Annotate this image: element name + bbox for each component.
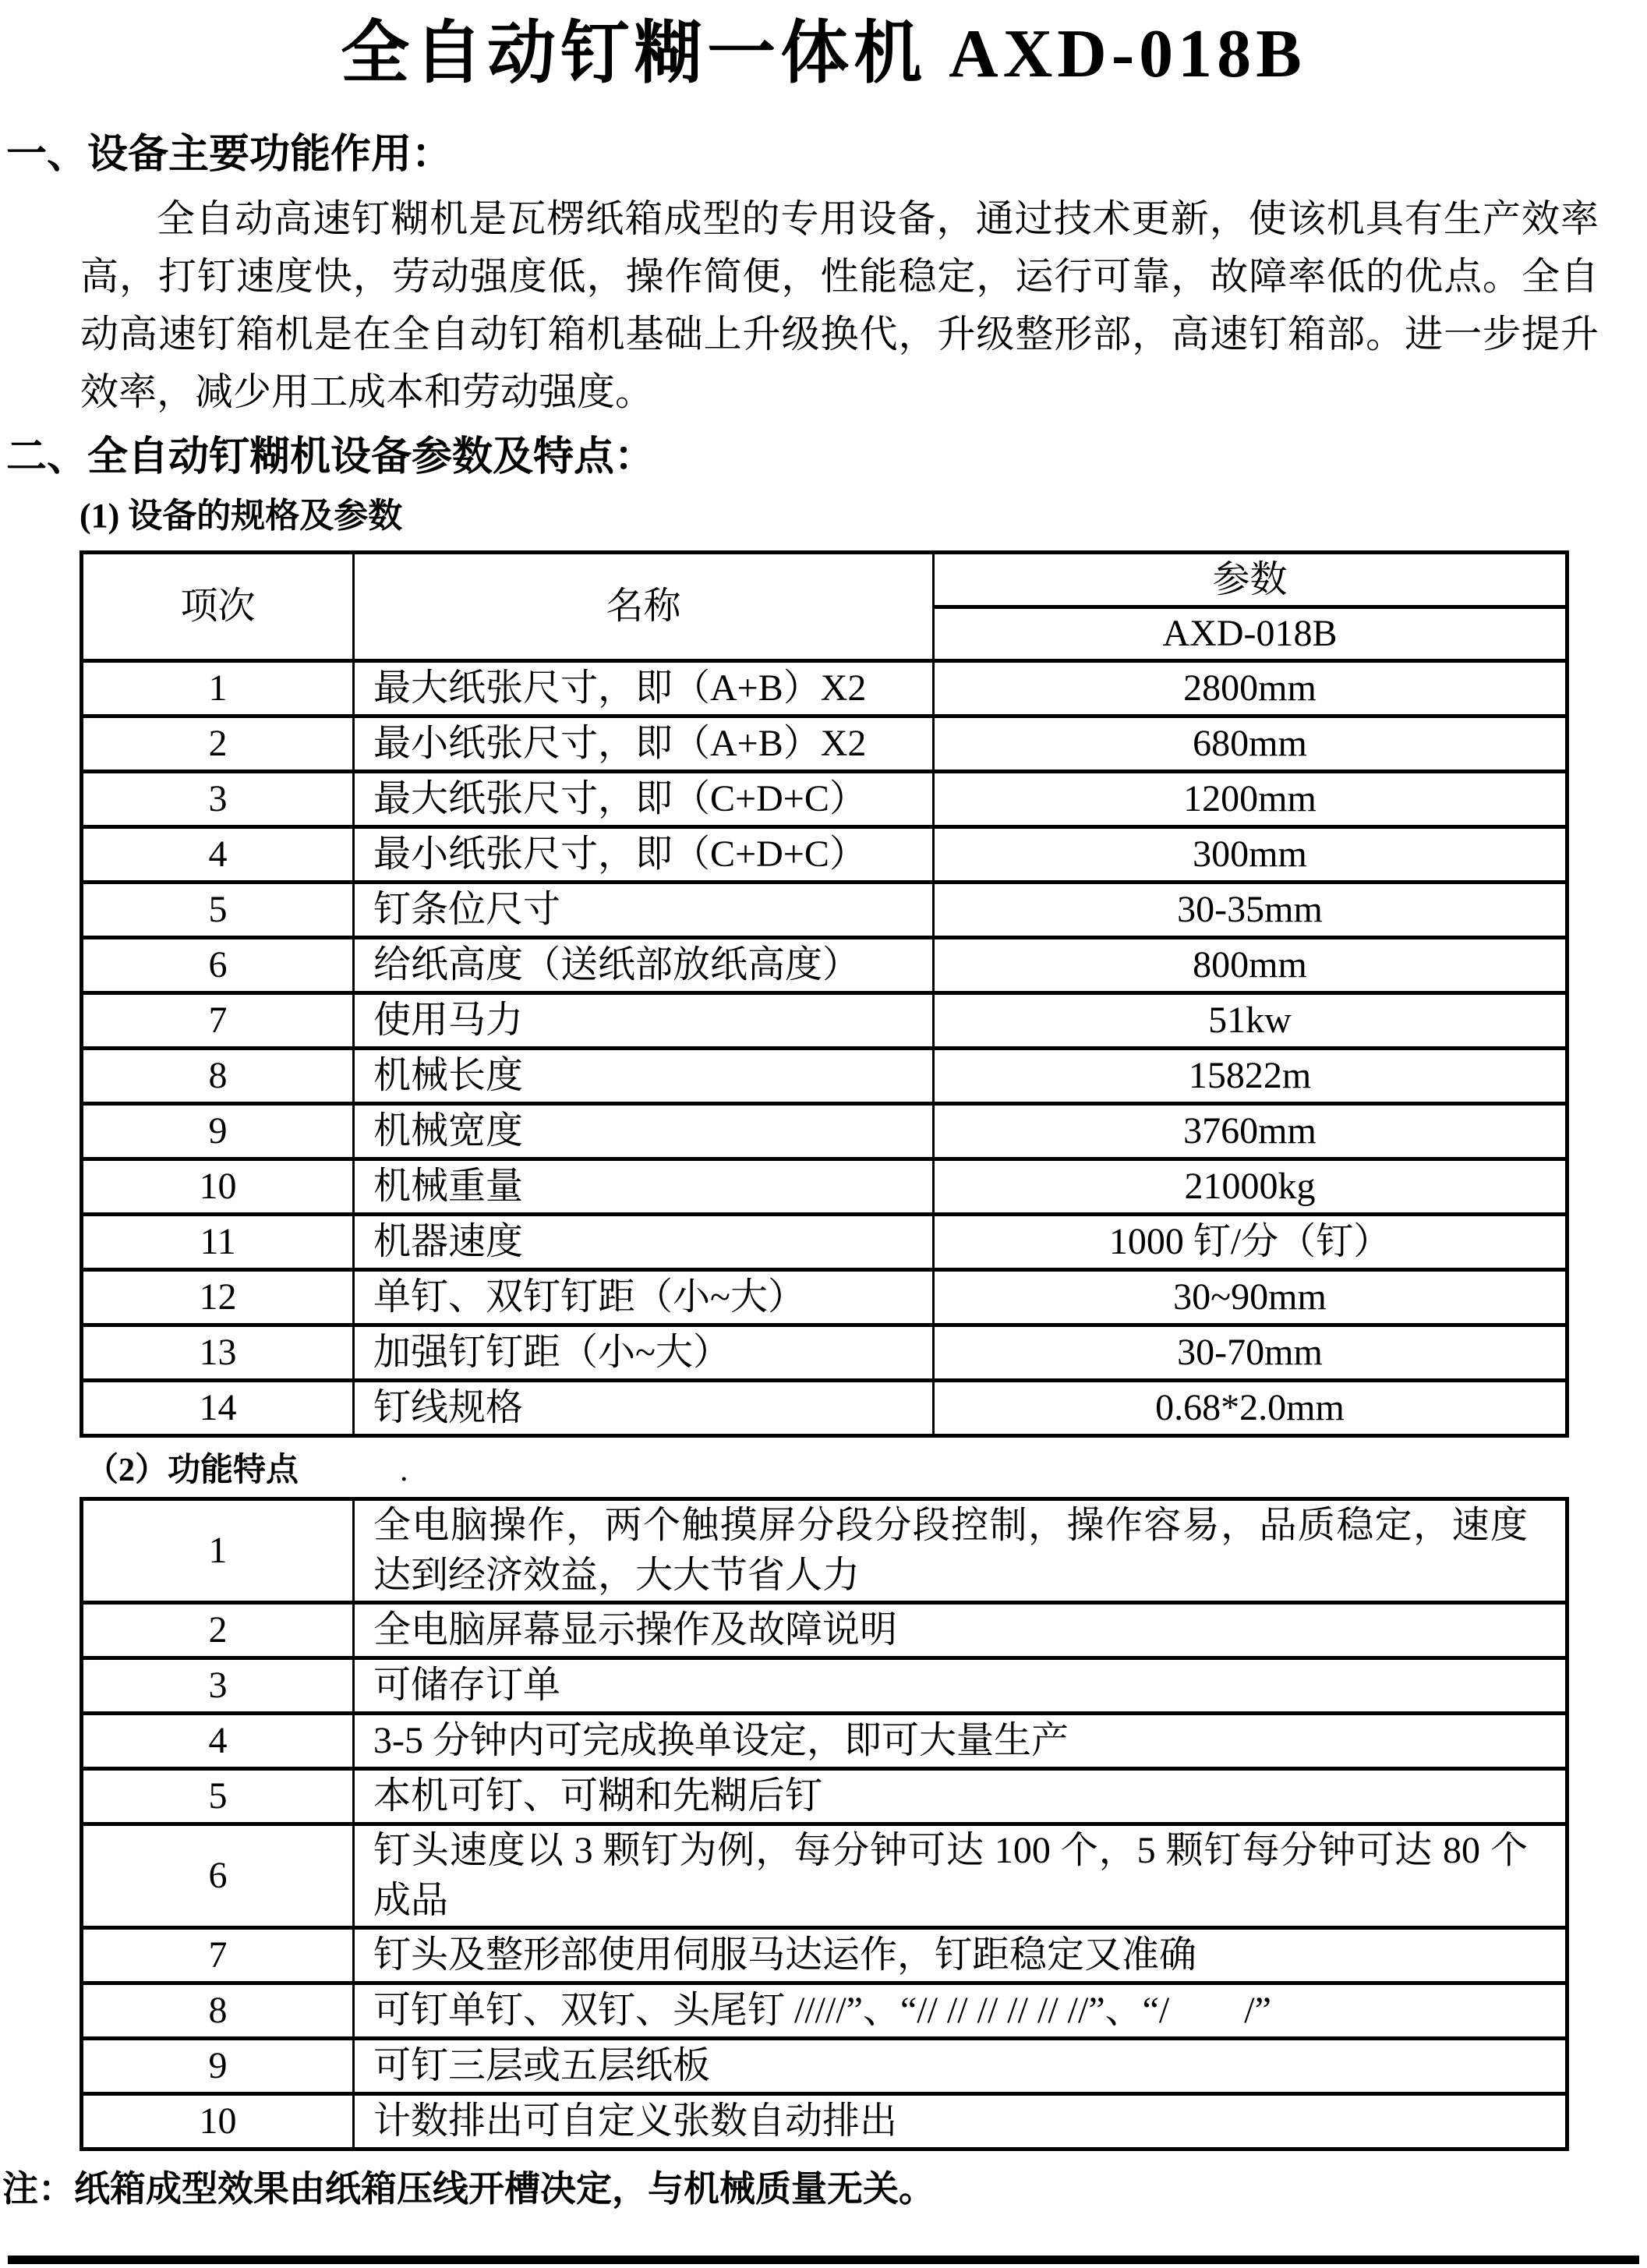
section2-heading: 二、全自动钉糊机设备参数及特点： [6,433,1647,482]
feature-text-cell: 钉头速度以 3 颗钉为例，每分钟可达 100 个，5 颗钉每分钟可达 80 个成… [354,1824,1567,1928]
spec-row: 5 钉条位尺寸 30-35mm [82,883,1567,938]
feature-text-cell: 可储存订单 [354,1658,1567,1714]
spec-table: 项次 名称 参数 AXD-018B 1 最大纸张尺寸，即（A+B）X2 2800… [80,550,1569,1438]
spec-row: 12 单钉、双钉钉距（小~大） 30~90mm [82,1270,1567,1325]
spec-value-cell: 15822m [934,1049,1567,1104]
footer-divider [8,2256,1639,2264]
feature-row: 1 全电脑操作，两个触摸屏分段分段控制，操作容易，品质稳定，速度达到经济效益，大… [82,1499,1567,1603]
feature-no-cell: 7 [82,1928,354,1983]
spec-row: 7 使用马力 51kw [82,993,1567,1049]
spec-no-cell: 7 [82,993,354,1049]
spec-no-cell: 14 [82,1381,354,1436]
feature-text-cell: 钉头及整形部使用伺服马达运作，钉距稳定又准确 [354,1928,1567,1983]
spec-name-cell: 单钉、双钉钉距（小~大） [354,1270,934,1325]
spec-value-cell: 30-70mm [934,1325,1567,1381]
spec-row: 4 最小纸张尺寸，即（C+D+C） 300mm [82,827,1567,883]
spec-model-cell: AXD-018B [934,607,1567,661]
spec-header-no: 项次 [82,553,354,661]
spec-no-cell: 4 [82,827,354,883]
spec-no-cell: 5 [82,883,354,938]
spec-row: 2 最小纸张尺寸，即（A+B）X2 680mm [82,716,1567,772]
spec-name-cell: 机械长度 [354,1049,934,1104]
spec-row: 14 钉线规格 0.68*2.0mm [82,1381,1567,1436]
feature-no-cell: 5 [82,1769,354,1824]
spec-no-cell: 12 [82,1270,354,1325]
spec-no-cell: 9 [82,1104,354,1159]
feature-no-cell: 6 [82,1824,354,1928]
spec-row: 3 最大纸张尺寸，即（C+D+C） 1200mm [82,772,1567,827]
spec-no-cell: 3 [82,772,354,827]
feature-no-cell: 8 [82,1983,354,2039]
feature-row: 8 可钉单钉、双钉、头尾钉 /////”、“// // // // // //”… [82,1983,1567,2039]
feature-text-cell: 全电脑操作，两个触摸屏分段分段控制，操作容易，品质稳定，速度达到经济效益，大大节… [354,1499,1567,1603]
spec-name-cell: 最大纸张尺寸，即（C+D+C） [354,772,934,827]
spec-value-cell: 3760mm [934,1104,1567,1159]
spec-value-cell: 680mm [934,716,1567,772]
spec-value-cell: 30-35mm [934,883,1567,938]
feature-text-cell: 可钉单钉、双钉、头尾钉 /////”、“// // // // // //”、“… [354,1983,1567,2039]
spec-row: 8 机械长度 15822m [82,1049,1567,1104]
section1-heading: 一、设备主要功能作用： [6,131,1647,179]
spec-name-cell: 机械宽度 [354,1104,934,1159]
spec-value-cell: 51kw [934,993,1567,1049]
feature-no-cell: 9 [82,2039,354,2094]
spec-no-cell: 10 [82,1159,354,1215]
spec-no-cell: 13 [82,1325,354,1381]
feature-text-cell: 可钉三层或五层纸板 [354,2039,1567,2094]
feature-text-cell: 本机可钉、可糊和先糊后钉 [354,1769,1567,1824]
spec-value-cell: 30~90mm [934,1270,1567,1325]
features-subheading-dot: . [400,1450,408,1491]
spec-value-cell: 300mm [934,827,1567,883]
spec-row: 10 机械重量 21000kg [82,1159,1567,1215]
spec-name-cell: 给纸高度（送纸部放纸高度） [354,938,934,993]
footnote: 注：纸箱成型效果由纸箱压线开槽决定，与机械质量无关。 [2,2168,1616,2210]
feature-text-cell: 3-5 分钟内可完成换单设定，即可大量生产 [354,1714,1567,1769]
spec-name-cell: 机器速度 [354,1215,934,1270]
features-subheading-text: （2）功能特点 [86,1452,299,1488]
feature-no-cell: 10 [82,2094,354,2149]
spec-header-value: 参数 [934,553,1567,607]
spec-value-cell: 0.68*2.0mm [934,1381,1567,1436]
features-subheading: （2）功能特点. [86,1450,1647,1491]
spec-header-name: 名称 [354,553,934,661]
spec-name-cell: 最小纸张尺寸，即（C+D+C） [354,827,934,883]
spec-no-cell: 1 [82,661,354,716]
spec-row: 11 机器速度 1000 钉/分（钉） [82,1215,1567,1270]
spec-name-cell: 钉条位尺寸 [354,883,934,938]
spec-row: 9 机械宽度 3760mm [82,1104,1567,1159]
spec-subheading: (1) 设备的规格及参数 [80,496,1647,536]
spec-name-cell: 机械重量 [354,1159,934,1215]
feature-row: 2 全电脑屏幕显示操作及故障说明 [82,1603,1567,1658]
feature-row: 6 钉头速度以 3 颗钉为例，每分钟可达 100 个，5 颗钉每分钟可达 80 … [82,1824,1567,1928]
spec-no-cell: 11 [82,1215,354,1270]
spec-row: 6 给纸高度（送纸部放纸高度） 800mm [82,938,1567,993]
feature-row: 5 本机可钉、可糊和先糊后钉 [82,1769,1567,1824]
document-page: 全自动钉糊一体机 AXD-018B 一、设备主要功能作用： 全自动高速钉糊机是瓦… [0,0,1647,2268]
feature-no-cell: 1 [82,1499,354,1603]
feature-no-cell: 2 [82,1603,354,1658]
spec-value-cell: 1200mm [934,772,1567,827]
feature-text-cell: 全电脑屏幕显示操作及故障说明 [354,1603,1567,1658]
spec-no-cell: 8 [82,1049,354,1104]
feature-no-cell: 4 [82,1714,354,1769]
spec-value-cell: 21000kg [934,1159,1567,1215]
feature-text-cell: 计数排出可自定义张数自动排出 [354,2094,1567,2149]
spec-name-cell: 最小纸张尺寸，即（A+B）X2 [354,716,934,772]
section1-paragraph: 全自动高速钉糊机是瓦楞纸箱成型的专用设备，通过技术更新，使该机具有生产效率高，打… [80,190,1599,421]
spec-name-cell: 使用马力 [354,993,934,1049]
spec-no-cell: 6 [82,938,354,993]
feature-row: 9 可钉三层或五层纸板 [82,2039,1567,2094]
spec-no-cell: 2 [82,716,354,772]
spec-name-cell: 最大纸张尺寸，即（A+B）X2 [354,661,934,716]
feature-row: 4 3-5 分钟内可完成换单设定，即可大量生产 [82,1714,1567,1769]
spec-row: 13 加强钉钉距（小~大） 30-70mm [82,1325,1567,1381]
feature-row: 3 可储存订单 [82,1658,1567,1714]
spec-value-cell: 1000 钉/分（钉） [934,1215,1567,1270]
feature-no-cell: 3 [82,1658,354,1714]
feature-row: 7 钉头及整形部使用伺服马达运作，钉距稳定又准确 [82,1928,1567,1983]
spec-header-row: 项次 名称 参数 [82,553,1567,607]
spec-name-cell: 钉线规格 [354,1381,934,1436]
document-title: 全自动钉糊一体机 AXD-018B [0,0,1647,98]
feature-row: 10 计数排出可自定义张数自动排出 [82,2094,1567,2149]
spec-row: 1 最大纸张尺寸，即（A+B）X2 2800mm [82,661,1567,716]
spec-value-cell: 2800mm [934,661,1567,716]
features-table: 1 全电脑操作，两个触摸屏分段分段控制，操作容易，品质稳定，速度达到经济效益，大… [80,1497,1569,2151]
spec-name-cell: 加强钉钉距（小~大） [354,1325,934,1381]
spec-value-cell: 800mm [934,938,1567,993]
